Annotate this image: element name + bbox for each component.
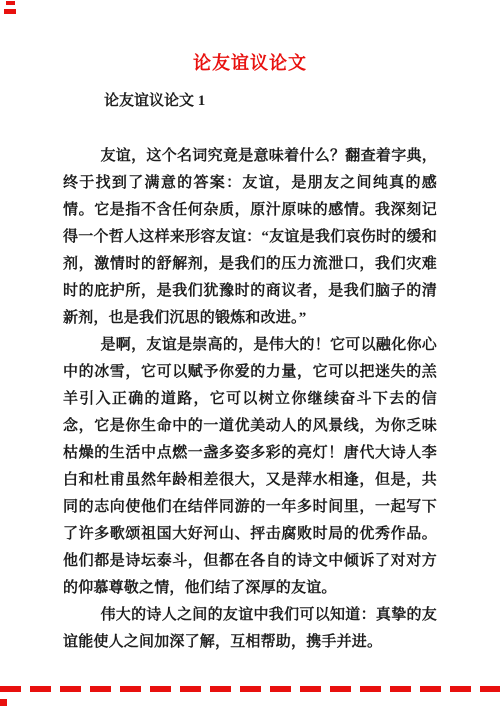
red-corner-marks-top — [4, 1, 16, 14]
document-title: 论友谊议论文 — [0, 52, 500, 75]
paragraph-1: 友谊，这个名词究竟是意味着什么？翻查着字典，终于找到了满意的答案：友谊，是朋友之… — [63, 143, 437, 332]
paragraph-2: 是啊，友谊是崇高的，是伟大的！它可以融化你心中的冰雪，它可以赋予你爱的力量，它可… — [63, 332, 437, 602]
red-dash-mark — [4, 9, 16, 14]
red-dash-mark — [6, 1, 15, 5]
document-body: 友谊，这个名词究竟是意味着什么？翻查着字典，终于找到了满意的答案：友谊，是朋友之… — [63, 143, 437, 656]
red-dash-mark-bottom — [0, 699, 7, 706]
red-dashed-divider — [0, 686, 500, 692]
paragraph-3: 伟大的诗人之间的友谊中我们可以知道：真挚的友谊能使人之间加深了解，互相帮助，携手… — [63, 602, 437, 656]
document-subtitle: 论友谊议论文 1 — [104, 91, 500, 111]
document-page: 论友谊议论文 论友谊议论文 1 友谊，这个名词究竟是意味着什么？翻查着字典，终于… — [0, 0, 500, 708]
